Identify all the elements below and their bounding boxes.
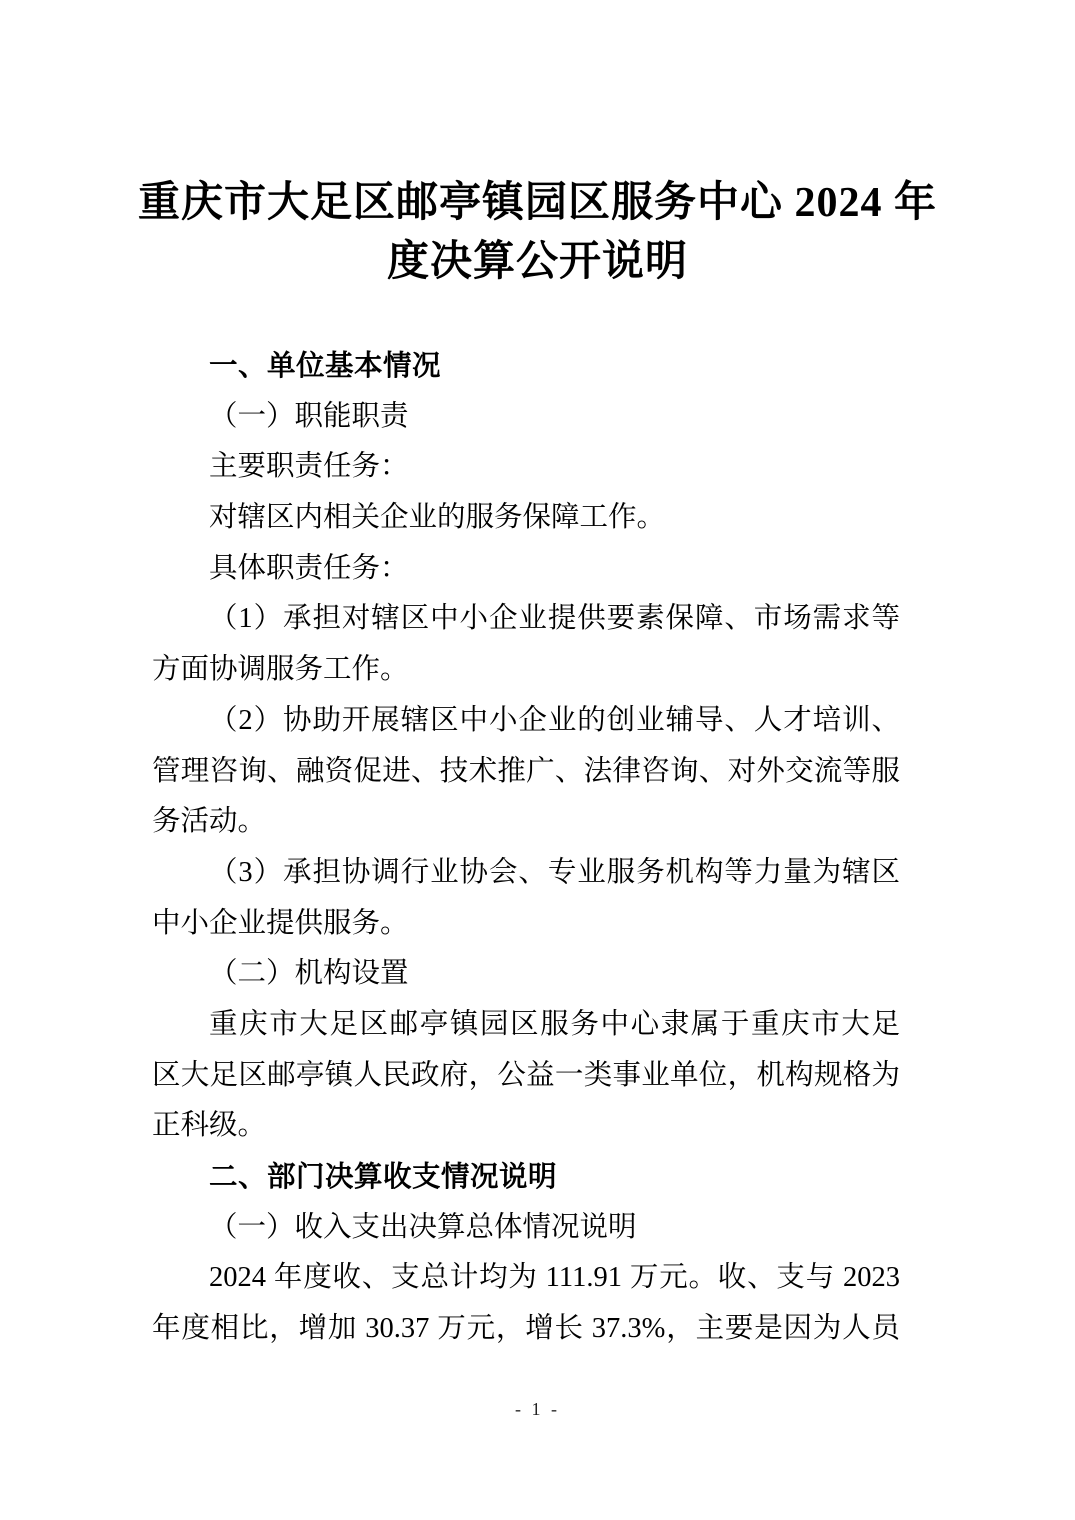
paragraph-line-main-duties-text: 对辖区内相关企业的服务保障工作。 [152, 493, 900, 544]
paragraph-line-duty-2a: （2）协助开展辖区中小企业的创业辅导、人才培训、 [152, 696, 900, 747]
subsection-heading-duties: （一）职能职责 [152, 392, 900, 443]
paragraph-line-org-a: 重庆市大足区邮亭镇园区服务中心隶属于重庆市大足 [152, 1000, 900, 1051]
paragraph-line-duty-1a: （1）承担对辖区中小企业提供要素保障、市场需求等 [152, 594, 900, 645]
page-number: - 1 - [0, 1396, 1075, 1422]
document-body: 一、单位基本情况 （一）职能职责 主要职责任务： 对辖区内相关企业的服务保障工作… [152, 341, 900, 1355]
document-page: 重庆市大足区邮亭镇园区服务中心 2024 年 度决算公开说明 一、单位基本情况 … [0, 0, 1075, 1520]
document-title-line-2: 度决算公开说明 [0, 233, 1075, 292]
paragraph-line-duty-2b: 管理咨询、融资促进、技术推广、法律咨询、对外交流等服 [152, 747, 900, 798]
paragraph-line-duty-1b: 方面协调服务工作。 [152, 645, 900, 696]
paragraph-line-org-c: 正科级。 [152, 1101, 900, 1152]
paragraph-line-duty-2c: 务活动。 [152, 797, 900, 848]
section-heading-budget-overview: 二、部门决算收支情况说明 [152, 1152, 900, 1203]
paragraph-line-org-b: 区大足区邮亭镇人民政府，公益一类事业单位，机构规格为 [152, 1051, 900, 1102]
section-heading-unit-basic-info: 一、单位基本情况 [152, 341, 900, 392]
paragraph-line-budget-a: 2024 年度收、支总计均为 111.91 万元。收、支与 2023 [152, 1253, 900, 1304]
paragraph-line-duty-3b: 中小企业提供服务。 [152, 899, 900, 950]
paragraph-line-specific-duties-label: 具体职责任务： [152, 544, 900, 595]
subsection-heading-org-structure: （二）机构设置 [152, 949, 900, 1000]
document-title: 重庆市大足区邮亭镇园区服务中心 2024 年 度决算公开说明 [0, 174, 1075, 292]
paragraph-line-duty-3a: （3）承担协调行业协会、专业服务机构等力量为辖区 [152, 848, 900, 899]
paragraph-line-main-duties-label: 主要职责任务： [152, 442, 900, 493]
document-title-line-1: 重庆市大足区邮亭镇园区服务中心 2024 年 [0, 174, 1075, 233]
subsection-heading-income-expense: （一）收入支出决算总体情况说明 [152, 1203, 900, 1254]
paragraph-line-budget-b: 年度相比，增加 30.37 万元，增长 37.3%，主要是因为人员 [152, 1304, 900, 1355]
